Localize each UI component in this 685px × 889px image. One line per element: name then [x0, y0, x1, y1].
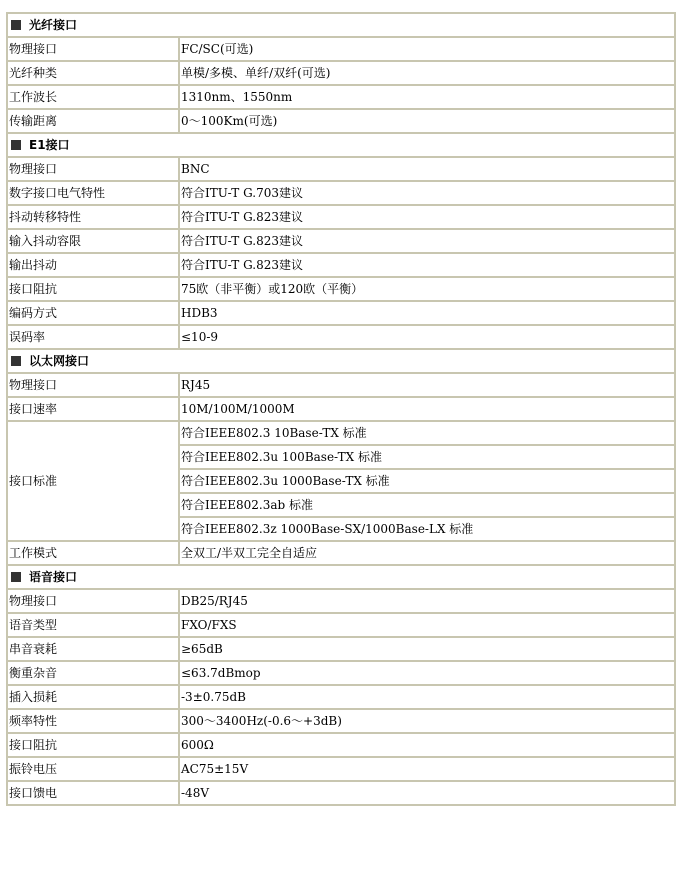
square-bullet-icon [11, 356, 21, 366]
section-title: E1接口 [29, 138, 70, 152]
section-header-ethernet: 以太网接口 [7, 349, 675, 373]
row-value: DB25/RJ45 [179, 589, 675, 613]
row-label: 接口阻抗 [7, 277, 179, 301]
row-label: 串音衰耗 [7, 637, 179, 661]
row-value: ≤10-9 [179, 325, 675, 349]
row-value: 10M/100M/1000M [179, 397, 675, 421]
table-row: 接口阻抗600Ω [7, 733, 675, 757]
row-value: -48V [179, 781, 675, 805]
row-value: HDB3 [179, 301, 675, 325]
table-row: 编码方式HDB3 [7, 301, 675, 325]
row-label: 接口标准 [7, 421, 179, 541]
table-row: 衡重杂音≤63.7dBmop [7, 661, 675, 685]
row-label: 接口阻抗 [7, 733, 179, 757]
row-value: 符合ITU-T G.703建议 [179, 181, 675, 205]
table-row: 接口标准符合IEEE802.3 10Base-TX 标准 [7, 421, 675, 445]
row-value: 75欧（非平衡）或120欧（平衡） [179, 277, 675, 301]
row-label: 光纤种类 [7, 61, 179, 85]
table-row: 抖动转移特性符合ITU-T G.823建议 [7, 205, 675, 229]
row-value: 单模/多模、单纤/双纤(可选) [179, 61, 675, 85]
row-value: 符合IEEE802.3ab 标准 [179, 493, 675, 517]
row-value: 0～100Km(可选) [179, 109, 675, 133]
row-value: 符合IEEE802.3 10Base-TX 标准 [179, 421, 675, 445]
row-value: 符合ITU-T G.823建议 [179, 229, 675, 253]
table-row: 物理接口FC/SC(可选) [7, 37, 675, 61]
row-label: 输入抖动容限 [7, 229, 179, 253]
row-label: 抖动转移特性 [7, 205, 179, 229]
row-label: 插入损耗 [7, 685, 179, 709]
table-row: 串音衰耗≥65dB [7, 637, 675, 661]
table-row: 物理接口BNC [7, 157, 675, 181]
table-row: 插入损耗-3±0.75dB [7, 685, 675, 709]
row-value: AC75±15V [179, 757, 675, 781]
table-row: 振铃电压AC75±15V [7, 757, 675, 781]
spec-table: 光纤接口 物理接口FC/SC(可选) 光纤种类单模/多模、单纤/双纤(可选) 工… [6, 12, 676, 806]
section-header-e1: E1接口 [7, 133, 675, 157]
table-row: 输出抖动符合ITU-T G.823建议 [7, 253, 675, 277]
row-label: 数字接口电气特性 [7, 181, 179, 205]
row-value: 600Ω [179, 733, 675, 757]
row-value: FC/SC(可选) [179, 37, 675, 61]
table-row: 接口阻抗75欧（非平衡）或120欧（平衡） [7, 277, 675, 301]
table-row: 光纤种类单模/多模、单纤/双纤(可选) [7, 61, 675, 85]
section-title: 光纤接口 [29, 18, 77, 32]
row-label: 误码率 [7, 325, 179, 349]
row-value: FXO/FXS [179, 613, 675, 637]
table-row: 工作波长1310nm、1550nm [7, 85, 675, 109]
row-label: 工作波长 [7, 85, 179, 109]
table-row: 物理接口RJ45 [7, 373, 675, 397]
square-bullet-icon [11, 20, 21, 30]
table-row: 误码率≤10-9 [7, 325, 675, 349]
row-label: 语音类型 [7, 613, 179, 637]
table-row: 工作模式全双工/半双工完全自适应 [7, 541, 675, 565]
section-header-voice: 语音接口 [7, 565, 675, 589]
row-value: ≥65dB [179, 637, 675, 661]
row-value: BNC [179, 157, 675, 181]
row-label: 编码方式 [7, 301, 179, 325]
row-label: 振铃电压 [7, 757, 179, 781]
row-value: 符合ITU-T G.823建议 [179, 205, 675, 229]
table-row: 数字接口电气特性符合ITU-T G.703建议 [7, 181, 675, 205]
row-label: 频率特性 [7, 709, 179, 733]
table-row: 语音类型FXO/FXS [7, 613, 675, 637]
row-value: 全双工/半双工完全自适应 [179, 541, 675, 565]
square-bullet-icon [11, 572, 21, 582]
row-value: ≤63.7dBmop [179, 661, 675, 685]
row-label: 物理接口 [7, 157, 179, 181]
section-title: 语音接口 [29, 570, 77, 584]
row-value: 符合IEEE802.3z 1000Base-SX/1000Base-LX 标准 [179, 517, 675, 541]
row-label: 物理接口 [7, 373, 179, 397]
row-label: 接口速率 [7, 397, 179, 421]
row-value: 符合IEEE802.3u 1000Base-TX 标准 [179, 469, 675, 493]
table-row: 传输距离0～100Km(可选) [7, 109, 675, 133]
table-row: 接口馈电-48V [7, 781, 675, 805]
row-value: 符合ITU-T G.823建议 [179, 253, 675, 277]
section-title: 以太网接口 [29, 354, 89, 368]
row-label: 工作模式 [7, 541, 179, 565]
row-label: 物理接口 [7, 37, 179, 61]
row-label: 衡重杂音 [7, 661, 179, 685]
table-row: 接口速率10M/100M/1000M [7, 397, 675, 421]
row-label: 输出抖动 [7, 253, 179, 277]
section-header-fiber: 光纤接口 [7, 13, 675, 37]
row-value: 300～3400Hz(-0.6～+3dB) [179, 709, 675, 733]
row-label: 接口馈电 [7, 781, 179, 805]
row-label: 传输距离 [7, 109, 179, 133]
row-value: RJ45 [179, 373, 675, 397]
table-row: 输入抖动容限符合ITU-T G.823建议 [7, 229, 675, 253]
row-value: -3±0.75dB [179, 685, 675, 709]
table-row: 物理接口DB25/RJ45 [7, 589, 675, 613]
row-value: 符合IEEE802.3u 100Base-TX 标准 [179, 445, 675, 469]
row-label: 物理接口 [7, 589, 179, 613]
row-value: 1310nm、1550nm [179, 85, 675, 109]
square-bullet-icon [11, 140, 21, 150]
table-row: 频率特性300～3400Hz(-0.6～+3dB) [7, 709, 675, 733]
